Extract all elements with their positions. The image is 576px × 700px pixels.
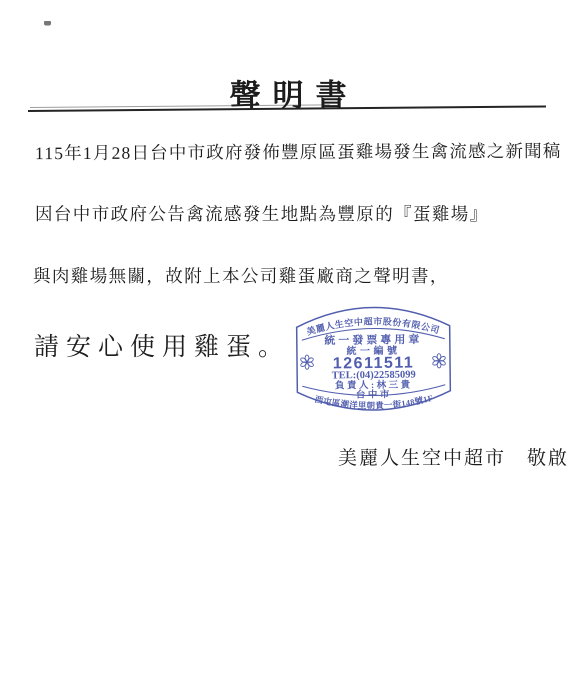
scan-artifact <box>44 21 51 25</box>
body-line-1: 115年1月28日台中市政府發佈豐原區蛋雞場發生禽流感之新聞稿 <box>35 138 562 165</box>
stamp-responsible-person: 負責人:林三貴 <box>335 379 413 392</box>
plum-blossom-icon <box>432 354 446 368</box>
stamp-phone: TEL:(04)22585099 <box>332 370 416 382</box>
body-line-3: 與肉雞場無關，故附上本公司雞蛋廠商之聲明書， <box>33 263 449 288</box>
body-line-4: 請安心使用雞蛋。 <box>34 327 290 363</box>
document-page: 聲明書 115年1月28日台中市政府發佈豐原區蛋雞場發生禽流感之新聞稿 因台中市… <box>0 0 576 700</box>
closing-signature: 美麗人生空中超市 敬啟 <box>338 443 569 470</box>
body-line-2: 因台中市政府公告禽流感發生地點為豐原的『蛋雞場』 <box>35 201 489 226</box>
stamp-city: 台中市 <box>356 388 392 400</box>
company-invoice-stamp: 美麗人生空中超市股份有限公司 統一發票專用章 統一編號 <box>290 304 456 414</box>
stamp-invoice-title: 統一發票專用章 <box>324 332 422 347</box>
plum-blossom-icon <box>300 355 314 369</box>
